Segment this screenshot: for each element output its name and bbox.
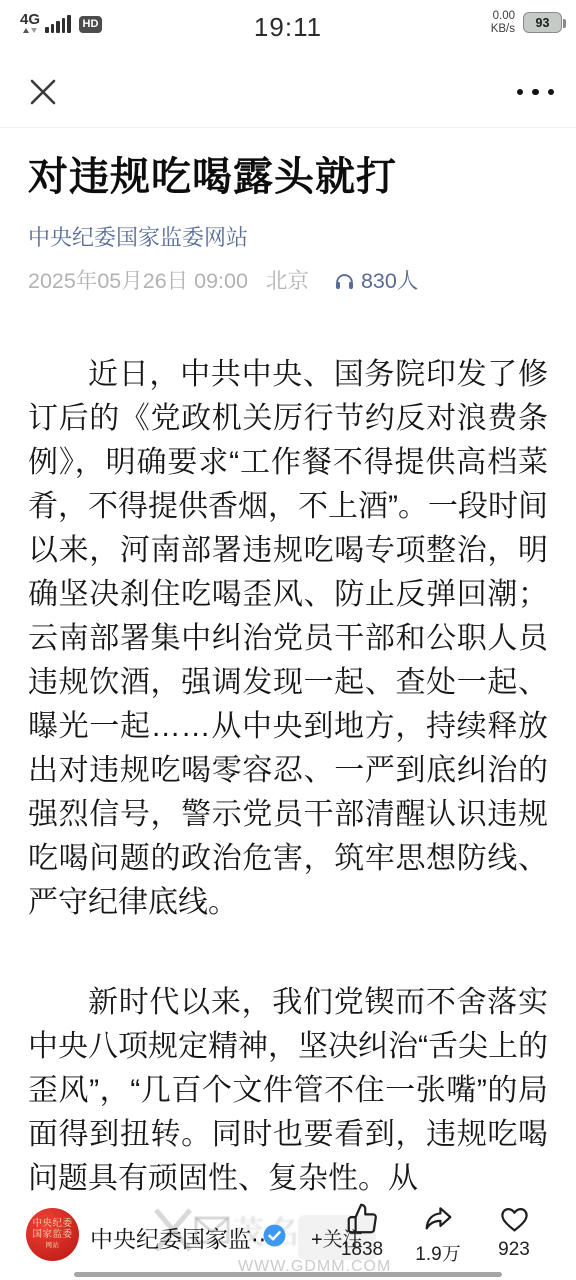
publish-date: 2025年05月26日 09:00 — [28, 267, 248, 295]
publish-location: 北京 — [266, 267, 309, 295]
clock-time: 19:11 — [0, 12, 576, 43]
more-dots-icon — [517, 89, 524, 96]
battery-icon: 93 — [523, 12, 562, 33]
bottom-action-bar: 茂名在线 WWW.GDMM.COM 中央纪委 国家监委 网站 中央纪委国家监⋯ … — [0, 1194, 576, 1280]
verified-badge-icon — [262, 1223, 287, 1248]
speed-value: 0.00 — [491, 10, 515, 23]
like-button[interactable]: 1838 — [334, 1202, 390, 1266]
favorite-button[interactable]: 923 — [486, 1202, 542, 1266]
more-menu-button[interactable] — [517, 82, 555, 102]
status-bar: 4G HD 19:11 0.00 KB/s 93 — [0, 0, 576, 56]
share-button[interactable]: 1.9万 — [410, 1202, 466, 1266]
share-count: 1.9万 — [415, 1239, 460, 1266]
actions-group: 1838 1.9万 923 — [334, 1202, 542, 1266]
headphones-icon — [333, 270, 356, 293]
bottom-handle-bar — [74, 1272, 502, 1277]
share-arrow-icon — [422, 1202, 455, 1235]
paragraph: 新时代以来，我们党锲而不舍落实中央八项规定精神，坚决纠治“舌尖上的歪风”，“几百… — [28, 981, 548, 1201]
network-speed: 0.00 KB/s — [491, 10, 515, 35]
close-icon — [27, 76, 59, 108]
thumbs-up-icon — [346, 1202, 379, 1235]
speed-unit: KB/s — [491, 23, 515, 36]
source-link[interactable]: 中央纪委国家监委网站 — [28, 224, 248, 252]
paragraph: 近日，中共中央、国务院印发了修订后的《党政机关厉行节约反对浪费条例》，明确要求“… — [28, 353, 548, 925]
account-avatar[interactable]: 中央纪委 国家监委 网站 — [26, 1208, 79, 1261]
listen-count: 830人 — [361, 267, 418, 295]
close-button[interactable] — [24, 73, 62, 111]
avatar-line: 网站 — [46, 1242, 60, 1249]
article-meta: 2025年05月26日 09:00 北京 830人 — [28, 267, 548, 295]
article-title: 对违规吃喝露头就打 — [28, 150, 548, 204]
article-body: 近日，中共中央、国务院印发了修订后的《党政机关厉行节约反对浪费条例》，明确要求“… — [28, 353, 548, 1201]
favorite-count: 923 — [498, 1239, 530, 1261]
like-count: 1838 — [341, 1239, 383, 1261]
battery-percent: 93 — [536, 16, 550, 30]
account-name[interactable]: 中央纪委国家监⋯ — [90, 1221, 274, 1254]
avatar-line: 国家监委 — [32, 1230, 72, 1241]
heart-icon — [498, 1202, 531, 1235]
article: 对违规吃喝露头就打 中央纪委国家监委网站 2025年05月26日 09:00 北… — [0, 128, 576, 1201]
listen-audio-button[interactable]: 830人 — [333, 267, 418, 295]
status-right-group: 0.00 KB/s 93 — [491, 10, 562, 35]
phone-screen: 4G HD 19:11 0.00 KB/s 93 — [0, 0, 576, 1280]
nav-bar — [0, 56, 576, 128]
